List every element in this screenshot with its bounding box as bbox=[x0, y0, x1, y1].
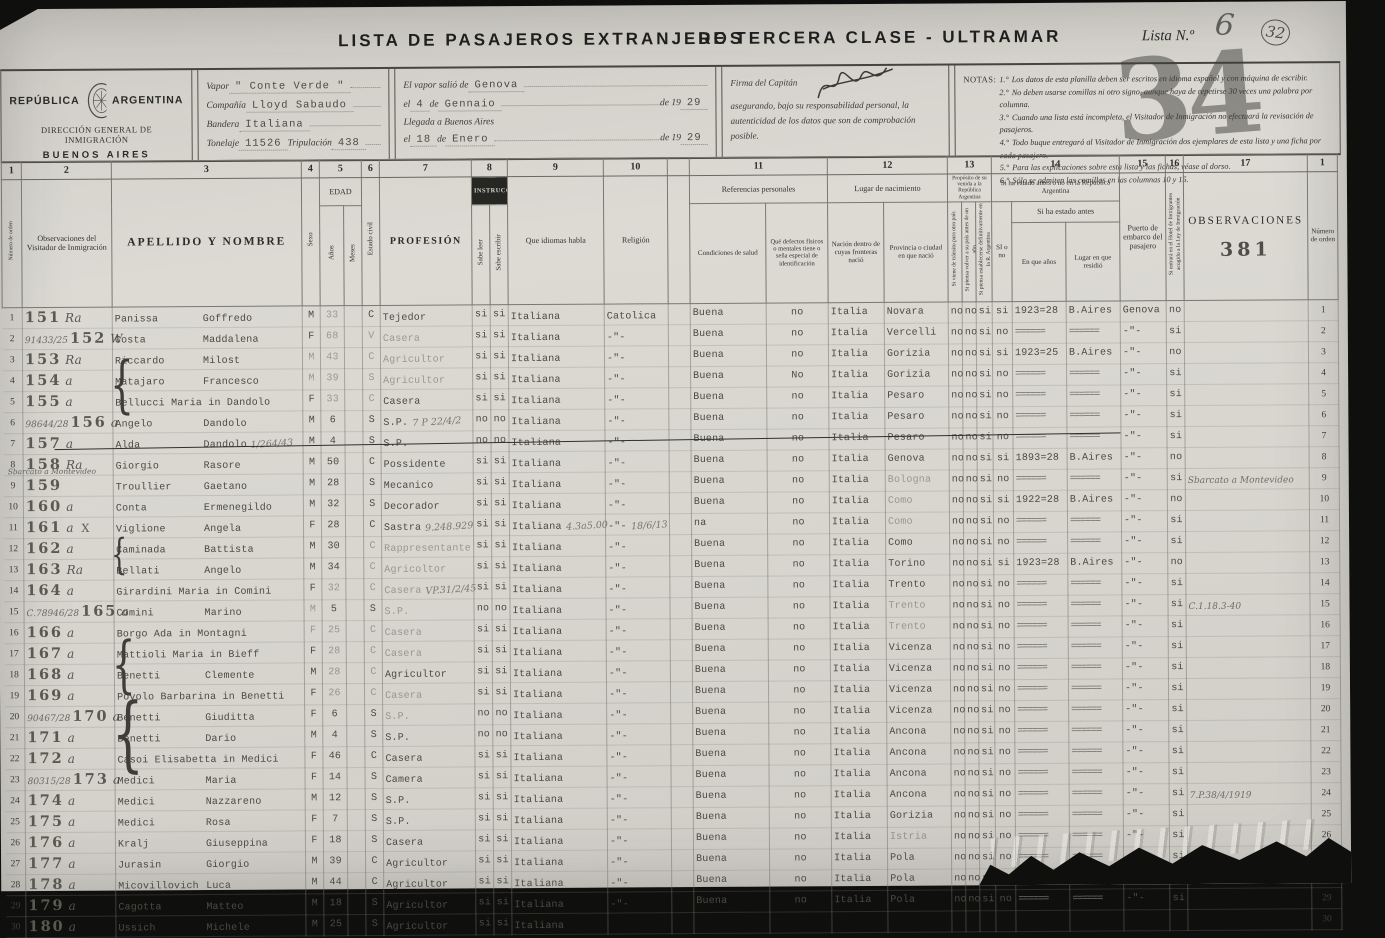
cell-years-before: ====== bbox=[1013, 406, 1067, 427]
page-title-left: LISTA DE PASAJEROS EXTRANJEROS bbox=[338, 29, 744, 51]
cell-age-years: 14 bbox=[323, 767, 347, 788]
cell-birth-province: Como bbox=[885, 512, 949, 533]
cell-birth-province: Gorizia bbox=[887, 806, 951, 827]
cell-observations bbox=[1186, 678, 1310, 700]
cell-health: Buena bbox=[691, 492, 767, 513]
cell-birth-province: Ancona bbox=[887, 722, 951, 743]
tripulacion-label: Tripulación bbox=[288, 138, 332, 148]
cell-profession: S.P.7 P 22/4/2 bbox=[381, 410, 473, 432]
cell-been-before: no bbox=[994, 658, 1014, 679]
cell-order-number-right: 19 bbox=[1310, 677, 1340, 698]
cell-defects: no bbox=[767, 408, 829, 429]
cell-religion: -"- bbox=[604, 325, 668, 346]
cell-birth-province: Pola bbox=[888, 869, 952, 890]
cell-religion: -"- bbox=[606, 577, 670, 598]
cell-civil-status: V bbox=[362, 326, 380, 347]
cell-name: RiccardoMilost bbox=[112, 348, 302, 370]
cell-civil-status: S bbox=[363, 410, 381, 431]
cell-name: MatajaroFrancesco bbox=[113, 369, 303, 391]
cell-name: BellatiAngelo bbox=[114, 558, 304, 580]
cell-return: no bbox=[965, 764, 979, 785]
cell-order-number: 17 bbox=[4, 643, 24, 664]
cell-been-before: si bbox=[993, 490, 1013, 511]
cell-transit: no bbox=[949, 365, 963, 386]
cell-been-before: si bbox=[992, 343, 1012, 364]
cell-age-months bbox=[346, 578, 364, 599]
passenger-table-wrap: 1 2 3 4 5 6 7 8 9 10 11 12 13 14 15 16 bbox=[1, 153, 1346, 900]
cell-birth-nation: Italia bbox=[830, 596, 886, 617]
cell-name: Borgo Ada in Montagni bbox=[114, 621, 304, 643]
cell-name: Bellucci Maria in Dandolo bbox=[113, 390, 303, 412]
cell-spacer bbox=[670, 555, 692, 576]
page-number-circled: 32 bbox=[1259, 18, 1291, 48]
cell-visitor-observations: 168a bbox=[24, 664, 114, 686]
cell-hotel: si bbox=[1168, 531, 1186, 552]
cell-order-number: 6 bbox=[3, 412, 23, 433]
cell-hotel: si bbox=[1167, 426, 1185, 447]
cell-sex: M bbox=[304, 663, 322, 684]
cell-age-months bbox=[347, 767, 365, 788]
cell-years-before: ====== bbox=[1014, 574, 1068, 595]
cell-writes: si bbox=[494, 871, 512, 892]
cell-name: Povolo Barbarina in Benetti bbox=[114, 684, 304, 706]
cell-writes: si bbox=[492, 640, 510, 661]
cell-spacer bbox=[669, 366, 691, 387]
cell-reads: no bbox=[474, 599, 492, 620]
cell-languages: Italiana bbox=[511, 745, 607, 767]
cell-hotel: si bbox=[1168, 636, 1186, 657]
cell-hotel: si bbox=[1166, 321, 1184, 342]
header-spacer bbox=[667, 176, 690, 304]
cell-return: no bbox=[962, 302, 976, 323]
cell-transit: no bbox=[950, 638, 964, 659]
cell-profession: Sastra9.248.929 bbox=[381, 515, 473, 537]
cell-age-years: 46 bbox=[323, 746, 347, 767]
cell-observations bbox=[1186, 573, 1310, 595]
cell-name: CominiMarino bbox=[114, 600, 304, 622]
cell-birth-province: Vicenza bbox=[886, 659, 950, 680]
cell-residence: ====== bbox=[1067, 385, 1121, 406]
cell-sex: M bbox=[303, 474, 321, 495]
cell-embark-port: -"- bbox=[1121, 510, 1167, 531]
cell-visitor-observations: 162a bbox=[24, 538, 114, 560]
cell-languages: Italiana bbox=[510, 682, 606, 704]
cell-age-years: 4 bbox=[321, 431, 345, 452]
cell-reads: si bbox=[475, 830, 493, 851]
cell-order-number: 7 bbox=[3, 433, 23, 454]
cell-defects: no bbox=[767, 429, 829, 450]
header-order-number-right: Número de orden bbox=[1307, 172, 1338, 300]
cell-been-before: no bbox=[993, 469, 1013, 490]
cell-health: Buena bbox=[693, 744, 769, 765]
cell-birth-province: Gorizia bbox=[884, 344, 948, 365]
cell-residence: ====== bbox=[1066, 322, 1120, 343]
cell-visitor-observations: 174a bbox=[25, 790, 115, 812]
cell-birth-nation: Italia bbox=[831, 785, 887, 806]
cell-age-years: 33 bbox=[321, 389, 345, 410]
cell-writes: si bbox=[490, 346, 508, 367]
cell-age-years: 33 bbox=[320, 305, 344, 326]
cell-return: no bbox=[965, 743, 979, 764]
cell-years-before: ====== bbox=[1015, 784, 1069, 805]
cell-age-years: 12 bbox=[323, 788, 347, 809]
cell-return: no bbox=[963, 512, 977, 533]
bandera-label: Bandera bbox=[207, 120, 240, 130]
cell-visitor-observations: 155a bbox=[23, 391, 113, 413]
cell-observations bbox=[1187, 741, 1311, 763]
agency-argentina: ARGENTINA bbox=[112, 94, 183, 106]
cell-order-number-right: 10 bbox=[1309, 488, 1339, 509]
cell-health: Buena bbox=[692, 555, 768, 576]
cell-reads: si bbox=[473, 452, 491, 473]
cell-birth-province: Trento bbox=[886, 617, 950, 638]
cell-embark-port: -"- bbox=[1120, 321, 1166, 342]
cell-profession: S.P. bbox=[383, 788, 475, 810]
cell-name: BenettiClemente bbox=[114, 663, 304, 685]
notas-label: NOTAS: bbox=[963, 74, 996, 84]
cell-settle: si bbox=[977, 491, 993, 512]
stamp-381: 381 bbox=[1186, 239, 1305, 262]
cell-birth-nation: Italia bbox=[832, 869, 888, 890]
cell-defects: no bbox=[768, 618, 830, 639]
cell-embark-port: Genova bbox=[1120, 300, 1166, 321]
cell-civil-status: C bbox=[364, 536, 382, 557]
cell-defects: no bbox=[770, 870, 832, 891]
cell-spacer bbox=[670, 597, 692, 618]
cell-birth-nation: Italia bbox=[829, 386, 885, 407]
cell-observations bbox=[1186, 657, 1310, 679]
cell-civil-status: S bbox=[365, 725, 383, 746]
cell-order-number: 28 bbox=[6, 874, 26, 895]
cell-sex: F bbox=[304, 684, 322, 705]
cell-been-before: no bbox=[995, 763, 1015, 784]
cell-civil-status: S bbox=[365, 788, 383, 809]
cell-civil-status: C bbox=[363, 452, 381, 473]
vapor-label: Vapor bbox=[206, 82, 229, 92]
cell-civil-status: C bbox=[364, 662, 382, 683]
cell-religion: -"- bbox=[605, 472, 669, 493]
document-page: LISTA DE PASAJEROS EXTRANJEROS DE TERCER… bbox=[0, 1, 1351, 891]
cell-health: Buena bbox=[692, 618, 768, 639]
cell-visitor-observations: 172a bbox=[25, 748, 115, 770]
cell-civil-status: C bbox=[366, 872, 384, 893]
cell-observations bbox=[1188, 888, 1312, 900]
cell-hotel: si bbox=[1170, 888, 1188, 900]
cell-health: Buena bbox=[693, 786, 769, 807]
cell-transit: no bbox=[950, 533, 964, 554]
cell-birth-nation: Italia bbox=[830, 575, 886, 596]
cell-profession: Agricultor bbox=[384, 851, 476, 873]
cell-languages: Italiana bbox=[508, 325, 604, 347]
cell-name: MediciMaria bbox=[115, 768, 305, 790]
cell-embark-port: -"- bbox=[1122, 657, 1168, 678]
cell-transit: no bbox=[952, 890, 966, 900]
cell-spacer bbox=[669, 492, 691, 513]
cell-religion: -"-18/6/13 bbox=[605, 514, 669, 535]
cell-been-before: no bbox=[995, 700, 1015, 721]
cell-return: no bbox=[965, 722, 979, 743]
cell-residence: ====== bbox=[1068, 595, 1122, 616]
cell-transit: no bbox=[948, 344, 962, 365]
cell-birth-nation: Italia bbox=[831, 722, 887, 743]
cell-order-number-right: 22 bbox=[1311, 740, 1341, 761]
cell-been-before: no bbox=[995, 784, 1015, 805]
cell-been-before: si bbox=[993, 448, 1013, 469]
cell-embark-port: -"- bbox=[1122, 552, 1168, 573]
cell-name: Mattioli Maria in Bieff bbox=[114, 642, 304, 664]
cell-visitor-observations: C.78946/28165a bbox=[24, 601, 114, 623]
cell-observations bbox=[1187, 762, 1311, 784]
cell-birth-province: Trento bbox=[886, 575, 950, 596]
cell-age-months bbox=[345, 431, 363, 452]
header-anios: Años bbox=[320, 205, 345, 305]
cell-residence: ====== bbox=[1068, 574, 1122, 595]
cell-order-number-right: 7 bbox=[1309, 425, 1339, 446]
header-embark-port: Puerto de embarco del pasajero bbox=[1119, 173, 1166, 301]
cell-birth-province: Pesaro bbox=[885, 386, 949, 407]
cell-age-years: 28 bbox=[322, 641, 346, 662]
cell-writes: si bbox=[493, 766, 511, 787]
cell-name: JurasinGiorgio bbox=[116, 852, 306, 874]
cell-return: no bbox=[962, 323, 976, 344]
cell-writes: no bbox=[493, 724, 511, 745]
cell-settle: si bbox=[977, 428, 993, 449]
cell-years-before: 1923=28 bbox=[1012, 301, 1066, 322]
cell-order-number-right: 9 bbox=[1309, 467, 1339, 488]
cell-years-before: 1923=28 bbox=[1014, 553, 1068, 574]
cell-birth-province: Pesaro bbox=[885, 428, 949, 449]
col-num: 9 bbox=[507, 158, 603, 177]
cell-religion: -"- bbox=[604, 346, 668, 367]
cell-birth-nation: Italia bbox=[831, 701, 887, 722]
voyage-box: El vapor salió de Genova el 4 de Gennaio… bbox=[394, 67, 717, 159]
header-religion: Religión bbox=[603, 176, 668, 304]
cell-years-before: ====== bbox=[1016, 889, 1070, 900]
cell-order-number-right: 15 bbox=[1310, 593, 1340, 614]
cell-defects: no bbox=[766, 324, 828, 345]
cell-observations bbox=[1185, 405, 1309, 427]
cell-embark-port: -"- bbox=[1123, 762, 1169, 783]
cell-order-number-right: 23 bbox=[1311, 761, 1341, 782]
cell-birth-province: Como bbox=[886, 533, 950, 554]
cell-religion: -"- bbox=[605, 367, 669, 388]
cell-years-before: ====== bbox=[1013, 385, 1067, 406]
cell-sex: F bbox=[302, 327, 320, 348]
cell-sex: M bbox=[303, 453, 321, 474]
cell-embark-port: -"- bbox=[1123, 804, 1169, 825]
cell-spacer bbox=[669, 408, 691, 429]
cell-birth-province: Ancona bbox=[887, 785, 951, 806]
cell-settle: si bbox=[979, 743, 995, 764]
cell-been-before: no bbox=[993, 511, 1013, 532]
cell-order-number: 21 bbox=[5, 727, 25, 748]
cell-birth-province: Ancona bbox=[887, 764, 951, 785]
cell-birth-province: Como bbox=[885, 491, 949, 512]
cell-transit: no bbox=[948, 302, 962, 323]
cell-been-before: no bbox=[994, 532, 1014, 553]
cell-languages: Italiana bbox=[510, 598, 606, 620]
cell-order-number-right: 11 bbox=[1309, 509, 1339, 530]
margin-note: Sbarcato a Montevideo bbox=[8, 467, 96, 477]
cell-residence: ====== bbox=[1068, 679, 1122, 700]
cell-civil-status: C bbox=[364, 578, 382, 599]
cell-years-before: ====== bbox=[1012, 322, 1066, 343]
cell-age-months bbox=[346, 599, 364, 620]
cell-writes: si bbox=[492, 661, 510, 682]
cell-visitor-observations: 160a bbox=[23, 496, 113, 518]
cell-order-number: 24 bbox=[5, 790, 25, 811]
cell-profession: Agricultor bbox=[382, 662, 474, 684]
cell-name: CagottaMatteo bbox=[116, 894, 306, 900]
cell-hotel: si bbox=[1169, 804, 1187, 825]
cell-hotel: si bbox=[1168, 573, 1186, 594]
cell-profession: Casera bbox=[382, 683, 474, 705]
cell-settle: si bbox=[977, 470, 993, 491]
cell-languages: Italiana bbox=[511, 703, 607, 725]
cell-defects: no bbox=[767, 492, 829, 513]
llegada-mes: Enero bbox=[446, 133, 495, 146]
cell-sex: M bbox=[304, 558, 322, 579]
cell-settle: si bbox=[979, 806, 995, 827]
tonelaje-value: 11526 bbox=[239, 138, 288, 151]
cell-languages: Italiana bbox=[511, 724, 607, 746]
cell-name: MediciRosa bbox=[115, 810, 305, 832]
cell-writes: si bbox=[490, 325, 508, 346]
cell-transit: no bbox=[952, 869, 966, 890]
cell-age-years: 26 bbox=[322, 683, 346, 704]
cell-return: no bbox=[965, 701, 979, 722]
header-birth-nation: Nación dentro de cuyas fronteras nació bbox=[828, 202, 885, 302]
cell-writes: si bbox=[491, 367, 509, 388]
cell-civil-status: C bbox=[362, 347, 380, 368]
cell-sex: F bbox=[305, 747, 323, 768]
cell-transit: no bbox=[951, 827, 965, 848]
header-en-que-anios: En que años bbox=[1012, 222, 1066, 301]
cell-reads: si bbox=[474, 620, 492, 641]
cell-observations bbox=[1186, 531, 1310, 553]
cell-birth-province: Vicenza bbox=[887, 701, 951, 722]
cell-age-months bbox=[347, 746, 365, 767]
cell-spacer bbox=[671, 828, 693, 849]
cell-religion: -"- bbox=[607, 724, 671, 745]
cell-defects: No bbox=[767, 366, 829, 387]
cell-defects: no bbox=[768, 681, 830, 702]
cell-reads: si bbox=[475, 746, 493, 767]
cell-profession: Agricultor bbox=[384, 872, 476, 894]
cell-birth-nation: Italia bbox=[830, 680, 886, 701]
cell-years-before: ====== bbox=[1015, 742, 1069, 763]
agency-republica: REPÚBLICA bbox=[9, 95, 79, 107]
cell-languages: Italiana bbox=[511, 829, 607, 851]
cell-sex: M bbox=[302, 306, 320, 327]
cell-order-number: 3 bbox=[2, 349, 22, 370]
cell-settle: si bbox=[978, 638, 994, 659]
cell-return: no bbox=[963, 449, 977, 470]
cell-civil-status: C bbox=[363, 389, 381, 410]
cell-order-number: 4 bbox=[3, 370, 23, 391]
cell-visitor-observations: 91433/25152W bbox=[22, 328, 112, 350]
cell-defects: no bbox=[769, 765, 831, 786]
cell-writes: no bbox=[491, 409, 509, 430]
cell-settle: si bbox=[978, 659, 994, 680]
cell-sex: F bbox=[305, 810, 323, 831]
cell-profession: S.P. bbox=[383, 725, 475, 747]
cell-residence: ====== bbox=[1067, 469, 1121, 490]
cell-hotel: si bbox=[1167, 384, 1185, 405]
cell-sex: F bbox=[304, 642, 322, 663]
cell-sex: F bbox=[305, 831, 323, 852]
cell-order-number-right: 18 bbox=[1310, 656, 1340, 677]
nota-num: 3.° bbox=[1000, 113, 1009, 122]
cell-order-number-right: 1 bbox=[1308, 299, 1338, 320]
cell-settle: si bbox=[976, 323, 992, 344]
cell-observations bbox=[1185, 489, 1309, 511]
cell-health: Buena bbox=[690, 324, 766, 345]
cell-transit: no bbox=[950, 617, 964, 638]
cell-residence: B.Aires bbox=[1066, 301, 1120, 322]
cell-visitor-observations: 153Ra bbox=[22, 349, 112, 371]
cell-civil-status: C bbox=[364, 683, 382, 704]
cell-embark-port: -"- bbox=[1121, 447, 1167, 468]
cell-spacer bbox=[671, 765, 693, 786]
cell-health: Buena bbox=[693, 702, 769, 723]
header-transit: Si viene de tránsito para otro país bbox=[948, 202, 963, 302]
cell-languages: Italiana bbox=[509, 409, 605, 431]
cell-observations: C.1.18.3-40 bbox=[1186, 594, 1310, 616]
cell-defects: no bbox=[767, 513, 829, 534]
cell-hotel: no bbox=[1166, 342, 1184, 363]
cell-years-before: ====== bbox=[1014, 595, 1068, 616]
cell-sex: M bbox=[304, 537, 322, 558]
nota-num: 2.° bbox=[999, 88, 1008, 97]
header-order-number: Número de orden bbox=[1, 180, 22, 308]
cell-writes: si bbox=[493, 745, 511, 766]
cell-name: MediciNazzareno bbox=[115, 789, 305, 811]
cell-languages: Italiana bbox=[508, 304, 604, 326]
cell-transit: no bbox=[949, 470, 963, 491]
cell-embark-port: -"- bbox=[1123, 720, 1169, 741]
cell-visitor-observations: 151Ra bbox=[22, 307, 112, 329]
cell-residence: ====== bbox=[1067, 406, 1121, 427]
cell-writes: no bbox=[493, 703, 511, 724]
cell-transit: no bbox=[949, 512, 963, 533]
cell-transit: no bbox=[949, 449, 963, 470]
cell-age-years: 43 bbox=[320, 347, 344, 368]
cell-order-number-right: 2 bbox=[1308, 320, 1338, 341]
cell-defects: no bbox=[768, 534, 830, 555]
cell-observations bbox=[1185, 510, 1309, 532]
cell-spacer bbox=[670, 639, 692, 660]
cell-observations bbox=[1187, 720, 1311, 742]
cell-age-months bbox=[344, 347, 362, 368]
cell-hotel: no bbox=[1168, 552, 1186, 573]
cell-birth-nation: Italia bbox=[830, 533, 886, 554]
cell-transit: no bbox=[949, 428, 963, 449]
cell-years-before: ====== bbox=[1015, 763, 1069, 784]
cell-name: Girardini Maria in Comini bbox=[114, 579, 304, 601]
cell-age-years: 28 bbox=[321, 473, 345, 494]
cell-reads: si bbox=[474, 557, 492, 578]
cell-birth-province: Genova bbox=[885, 449, 949, 470]
cell-religion: -"- bbox=[607, 808, 671, 829]
cell-visitor-observations: 90467/28170a bbox=[25, 706, 115, 728]
cell-visitor-observations: 98644/28156a bbox=[23, 412, 113, 434]
cell-transit: no bbox=[951, 701, 965, 722]
cell-writes: si bbox=[492, 619, 510, 640]
cell-residence: ====== bbox=[1069, 763, 1123, 784]
cell-spacer bbox=[672, 891, 694, 900]
cell-visitor-observations: 80315/28173a bbox=[25, 769, 115, 791]
